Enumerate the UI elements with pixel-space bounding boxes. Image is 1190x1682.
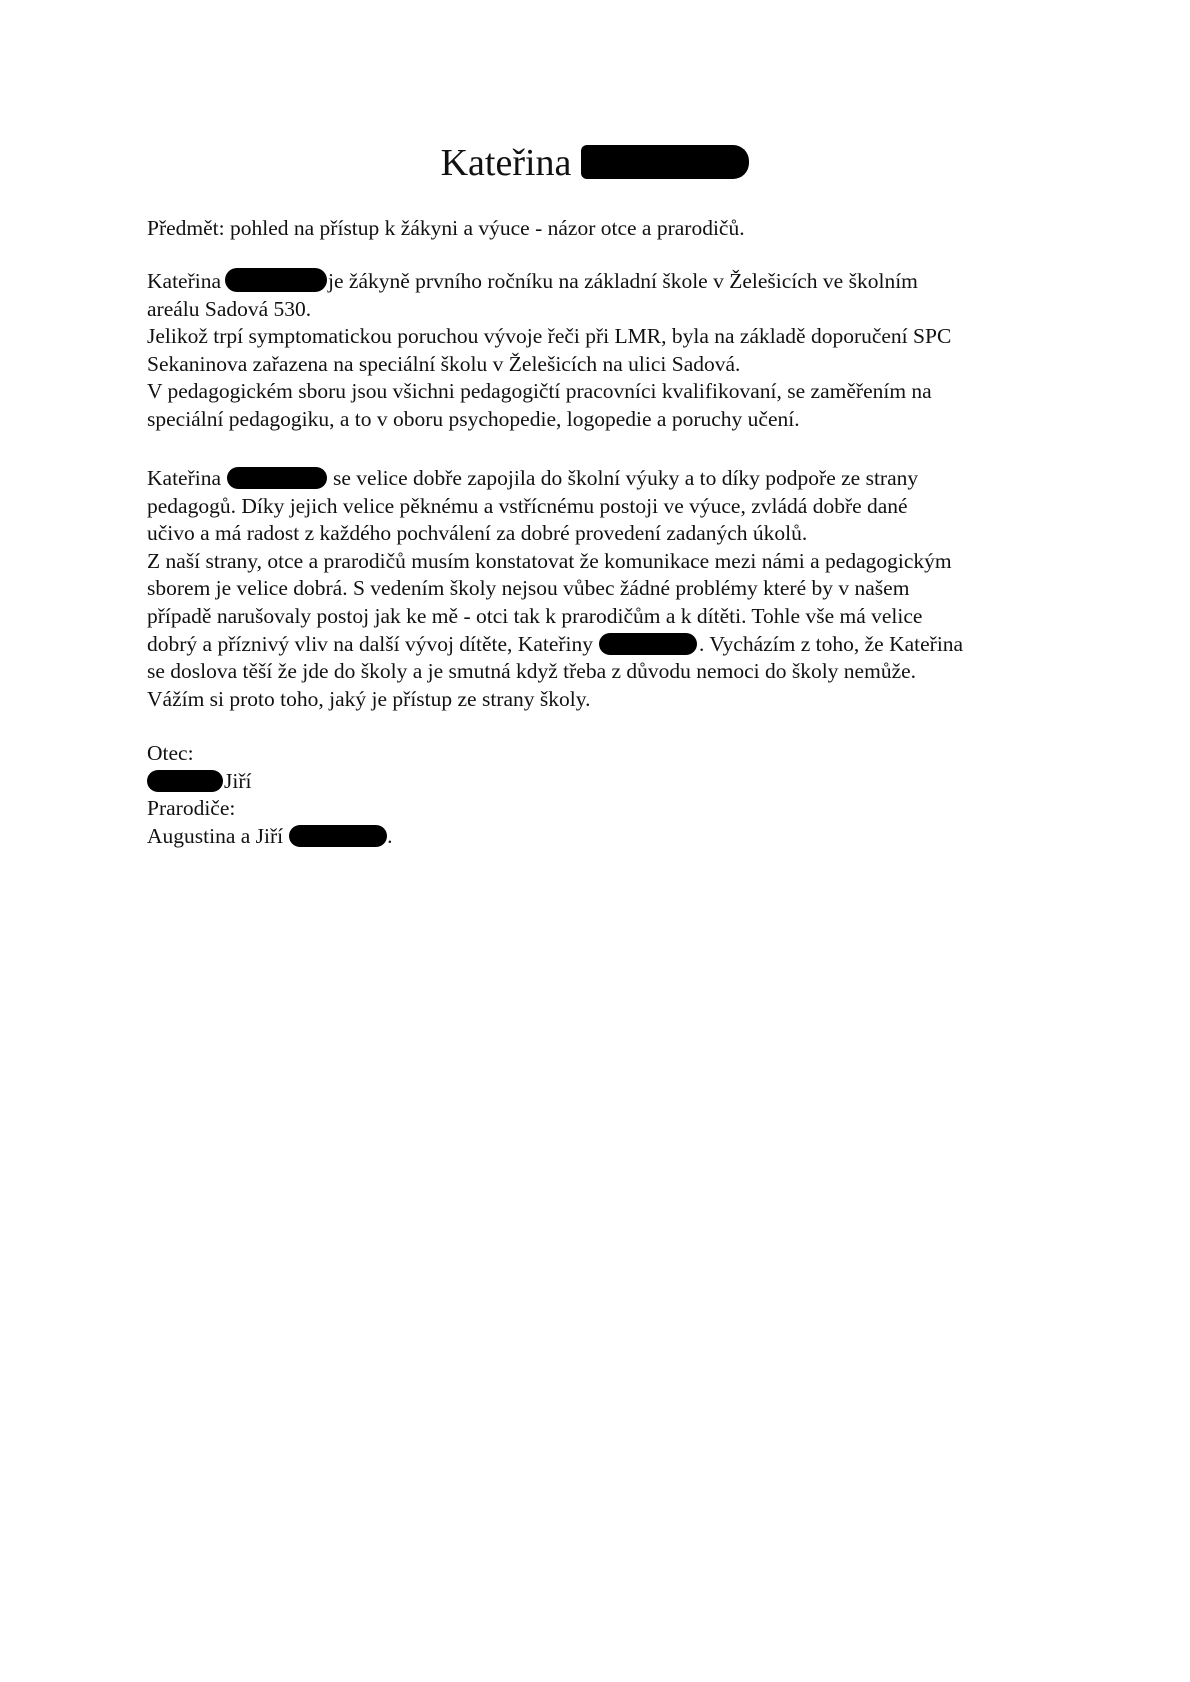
para2-line-5: sborem je velice dobrá. S vedením školy … bbox=[147, 575, 1067, 603]
para1-line-1: Kateřinaje žákyně prvního ročníku na zák… bbox=[147, 268, 1067, 296]
para2-line-6: případě narušovaly postoj jak ke mě - ot… bbox=[147, 603, 1067, 631]
father-label: Otec: bbox=[147, 740, 1067, 768]
document-page: Kateřina Předmět: pohled na přístup k žá… bbox=[0, 0, 1190, 1682]
para2-line-1-text: se velice dobře zapojila do školní výuky… bbox=[333, 466, 918, 490]
para2-line-7: dobrý a příznivý vliv na další vývoj dít… bbox=[147, 631, 1067, 659]
grandparents-name-line: Augustina a Jiří. bbox=[147, 823, 1067, 851]
signature-block: Otec: Jiří Prarodiče: Augustina a Jiří. bbox=[147, 740, 1067, 850]
father-first-name: Jiří bbox=[224, 769, 251, 793]
para1-line-5: V pedagogickém sboru jsou všichni pedago… bbox=[147, 378, 1067, 406]
para2-line-2: pedagogů. Díky jejich velice pěknému a v… bbox=[147, 493, 1067, 521]
redacted-surname bbox=[289, 825, 387, 847]
grandparents-first-names: Augustina a Jiří bbox=[147, 824, 283, 848]
father-name-line: Jiří bbox=[147, 768, 1067, 796]
student-name: Kateřina bbox=[147, 466, 221, 490]
para1-line-1-text: je žákyně prvního ročníku na základní šk… bbox=[328, 269, 918, 293]
para2-line-9: Vážím si proto toho, jaký je přístup ze … bbox=[147, 686, 1067, 714]
paragraph-1: Kateřinaje žákyně prvního ročníku na zák… bbox=[147, 268, 1067, 434]
subject-line: Předmět: pohled na přístup k žákyni a vý… bbox=[147, 215, 1067, 243]
redacted-surname bbox=[599, 633, 697, 655]
redacted-surname bbox=[581, 145, 749, 179]
para1-line-3: Jelikož trpí symptomatickou poruchou výv… bbox=[147, 323, 1067, 351]
redacted-surname bbox=[227, 467, 327, 489]
student-name: Kateřina bbox=[147, 269, 221, 293]
para1-line-4: Sekaninova zařazena na speciální školu v… bbox=[147, 351, 1067, 379]
subject-text: Předmět: pohled na přístup k žákyni a vý… bbox=[147, 215, 1067, 243]
para2-line-7-text-a: dobrý a příznivý vliv na další vývoj dít… bbox=[147, 632, 593, 656]
document-title: Kateřina bbox=[0, 138, 1190, 188]
redacted-surname bbox=[225, 268, 327, 292]
redacted-surname bbox=[147, 770, 223, 792]
grandparents-end-period: . bbox=[387, 824, 392, 848]
para2-line-4: Z naší strany, otce a prarodičů musím ko… bbox=[147, 548, 1067, 576]
title-first-name: Kateřina bbox=[441, 142, 572, 184]
para2-line-8: se doslova těší že jde do školy a je smu… bbox=[147, 658, 1067, 686]
para2-line-7-text-b: . Vycházím z toho, že Kateřina bbox=[699, 632, 963, 656]
grandparents-label: Prarodiče: bbox=[147, 795, 1067, 823]
para1-line-6: speciální pedagogiku, a to v oboru psych… bbox=[147, 406, 1067, 434]
paragraph-2: Kateřinase velice dobře zapojila do škol… bbox=[147, 465, 1067, 713]
para2-line-1: Kateřinase velice dobře zapojila do škol… bbox=[147, 465, 1067, 493]
para2-line-3: učivo a má radost z každého pochválení z… bbox=[147, 520, 1067, 548]
para1-line-2: areálu Sadová 530. bbox=[147, 296, 1067, 324]
